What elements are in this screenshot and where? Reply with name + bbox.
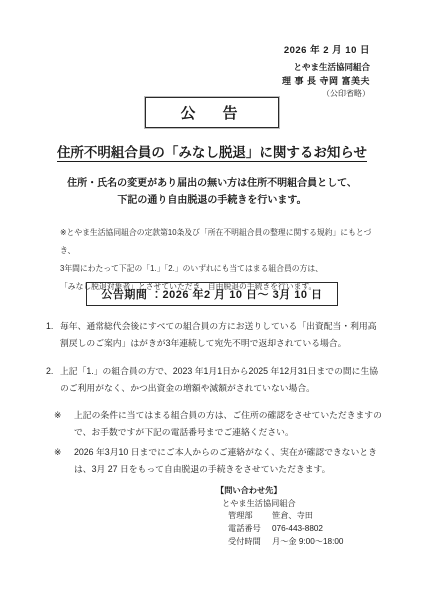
public-notice-document: 2026 年 2 月 10 日 とやま生活協同組合 理 事 長 寺岡 富美夫 （… bbox=[0, 0, 424, 600]
phone-number: 076-443-8802 bbox=[272, 523, 323, 536]
page-title: 住所不明組合員の「みなし脱退」に関するお知らせ bbox=[0, 141, 424, 161]
contact-department-row: 管理部 笹倉、寺田 bbox=[216, 510, 343, 523]
president-name: 理 事 長 寺岡 富美夫 bbox=[282, 75, 370, 88]
basis-note-line-1: ※とやま生活協同組合の定款第10条及び「所在不明組合員の整理に関する規約」にもと… bbox=[60, 224, 380, 260]
page-title-text: 住所不明組合員の「みなし脱退」に関するお知らせ bbox=[57, 145, 367, 162]
contact-hours-row: 受付時間 月～金 9:00～18:00 bbox=[216, 536, 343, 549]
department-staff-names: 笹倉、寺田 bbox=[272, 510, 313, 523]
notice-period: 公告期間 ：2026 年2 月 10 日～ 3月 10 日 bbox=[86, 282, 337, 306]
condition-item-2: 2. 上記「1.」の組合員の方で、2023 年1月1日から2025 年12月31… bbox=[46, 363, 384, 397]
department-label: 管理部 bbox=[228, 510, 272, 523]
hours-value: 月～金 9:00～18:00 bbox=[272, 536, 343, 549]
remark-marker: ※ bbox=[54, 407, 74, 441]
condition-list: 1. 毎年、通常総代会後にすべての組合員の方にお送りしている「出資配当・利用高割… bbox=[46, 318, 384, 409]
remark-item-2: ※ 2026 年3月10 日までにご本人からのご連絡がなく、実在が確認できないと… bbox=[54, 444, 386, 478]
lead-paragraph: 住所・氏名の変更があり届出の無い方は住所不明組合員として、 下記の通り自由脱退の… bbox=[0, 176, 424, 209]
remark-marker: ※ bbox=[54, 444, 74, 478]
remark-item-1: ※ 上記の条件に当てはまる組合員の方は、ご住所の確認をさせていただきますので、お… bbox=[54, 407, 386, 441]
document-date: 2026 年 2 月 10 日 bbox=[282, 44, 370, 58]
hours-label: 受付時間 bbox=[228, 536, 272, 549]
remark-list: ※ 上記の条件に当てはまる組合員の方は、ご住所の確認をさせていただきますので、お… bbox=[54, 407, 386, 482]
remark-text: 上記の条件に当てはまる組合員の方は、ご住所の確認をさせていただきますので、お手数… bbox=[74, 407, 386, 441]
condition-item-1: 1. 毎年、通常総代会後にすべての組合員の方にお送りしている「出資配当・利用高割… bbox=[46, 318, 384, 352]
condition-text: 毎年、通常総代会後にすべての組合員の方にお送りしている「出資配当・利用高割戻しの… bbox=[60, 318, 384, 352]
contact-block: 【問い合わせ先】 とやま生活協同組合 管理部 笹倉、寺田 電話番号 076-44… bbox=[216, 485, 343, 549]
lead-line-2: 下記の通り自由脱退の手続きを行います。 bbox=[0, 193, 424, 210]
contact-heading: 【問い合わせ先】 bbox=[216, 485, 343, 498]
period-box-wrap: 公告期間 ：2026 年2 月 10 日～ 3月 10 日 bbox=[0, 282, 424, 306]
contact-phone-row: 電話番号 076-443-8802 bbox=[216, 523, 343, 536]
lead-line-1: 住所・氏名の変更があり届出の無い方は住所不明組合員として、 bbox=[0, 176, 424, 193]
notice-label: 公 告 bbox=[145, 97, 278, 128]
notice-label-wrap: 公 告 bbox=[0, 97, 424, 128]
remark-text: 2026 年3月10 日までにご本人からのご連絡がなく、実在が確認できないときは… bbox=[74, 444, 386, 478]
contact-org: とやま生活協同組合 bbox=[216, 498, 343, 511]
organization-name: とやま生活協同組合 bbox=[282, 61, 370, 73]
condition-text: 上記「1.」の組合員の方で、2023 年1月1日から2025 年12月31日まで… bbox=[60, 363, 384, 397]
phone-label: 電話番号 bbox=[228, 523, 272, 536]
condition-number: 2. bbox=[46, 363, 60, 397]
basis-note-line-2: 3年間にわたって下記の「1.」「2.」のいずれにも当てはまる組合員の方は、 bbox=[60, 260, 380, 278]
sender-header: 2026 年 2 月 10 日 とやま生活協同組合 理 事 長 寺岡 富美夫 （… bbox=[282, 44, 370, 100]
condition-number: 1. bbox=[46, 318, 60, 352]
